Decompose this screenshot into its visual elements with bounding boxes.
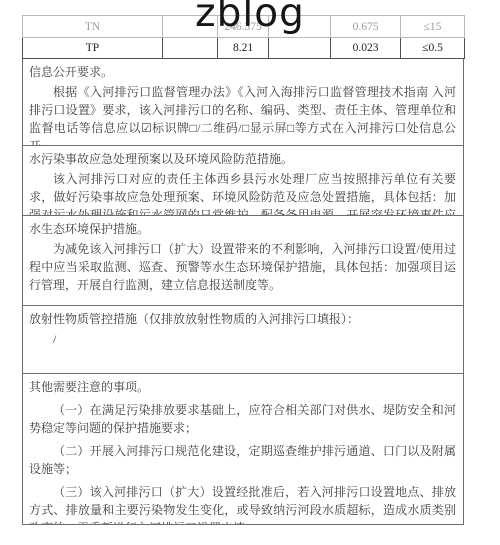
requirements-content-box: 信息公开要求。 根据《入河排污口监督管理办法》《入河入海排污口监督管理技术指南 …	[22, 58, 464, 525]
empty-cell	[269, 38, 331, 59]
section-paragraph: 根据《入河排污口监督管理办法》《入河入海排污口监督管理技术指南 入河排污口设置》…	[29, 83, 456, 146]
param-value-cell: 8.21	[218, 38, 269, 59]
section-heading: 信息公开要求。	[29, 63, 456, 81]
param-limit-cell: ≤0.5	[401, 38, 465, 59]
section-paragraph: /	[29, 330, 456, 348]
section-information-disclosure: 信息公开要求。 根据《入河排污口监督管理办法》《入河入海排污口监督管理技术指南 …	[23, 59, 463, 146]
section-heading: 放射性物质管控措施（仅排放放射性物质的入河排污口填报）：	[29, 310, 456, 328]
section-other-notes: 其他需要注意的事项。 （一）在满足污染排放要求基础上，应符合相关部门对供水、堤防…	[23, 374, 463, 524]
section-heading: 水污染事故应急处理预案以及环境风险防范措施。	[29, 150, 456, 168]
section-paragraph-item-3: （三）该入河排污口（扩大）设置经批准后，若入河排污口设置地点、排放方式、排放量和…	[29, 483, 456, 524]
document-page: zblog TN 246.375 0.675 ≤15 TP 8.21 0.023…	[0, 0, 500, 545]
section-heading: 其他需要注意的事项。	[29, 378, 456, 396]
section-pollution-accident-plan: 水污染事故应急处理预案以及环境风险防范措施。 该入河排污口对应的责任主体西乡县污…	[23, 146, 463, 216]
section-paragraph-item-2: （二）开展入河排污口规范化建设，定期巡查维护排污通道、口门以及附属设施等；	[29, 442, 456, 478]
section-paragraph: 为减免该入河排污口（扩大）设置带来的不利影响，入河排污口设置/使用过程中应当采取…	[29, 240, 456, 294]
section-paragraph: 该入河排污口对应的责任主体西乡县污水处理厂应当按照排污单位有关要求，做好污染事故…	[29, 170, 456, 216]
watermark-text: zblog	[195, 0, 305, 38]
param-concentration-cell: 0.023	[331, 38, 401, 59]
section-aquatic-ecology-protection: 水生态环境保护措施。 为减免该入河排污口（扩大）设置带来的不利影响，入河排污口设…	[23, 216, 463, 306]
param-limit-cell: ≤15	[401, 16, 465, 38]
param-name-cell: TN	[23, 16, 163, 38]
param-concentration-cell: 0.675	[331, 16, 401, 38]
section-heading: 水生态环境保护措施。	[29, 220, 456, 238]
table-row-tp: TP 8.21 0.023 ≤0.5	[23, 38, 465, 59]
section-paragraph-item-1: （一）在满足污染排放要求基础上，应符合相关部门对供水、堤防安全和河势稳定等问题的…	[29, 401, 456, 437]
section-radioactive-substance-control: 放射性物质管控措施（仅排放放射性物质的入河排污口填报）： /	[23, 306, 463, 374]
empty-cell	[163, 38, 218, 59]
param-name-cell: TP	[23, 38, 163, 59]
